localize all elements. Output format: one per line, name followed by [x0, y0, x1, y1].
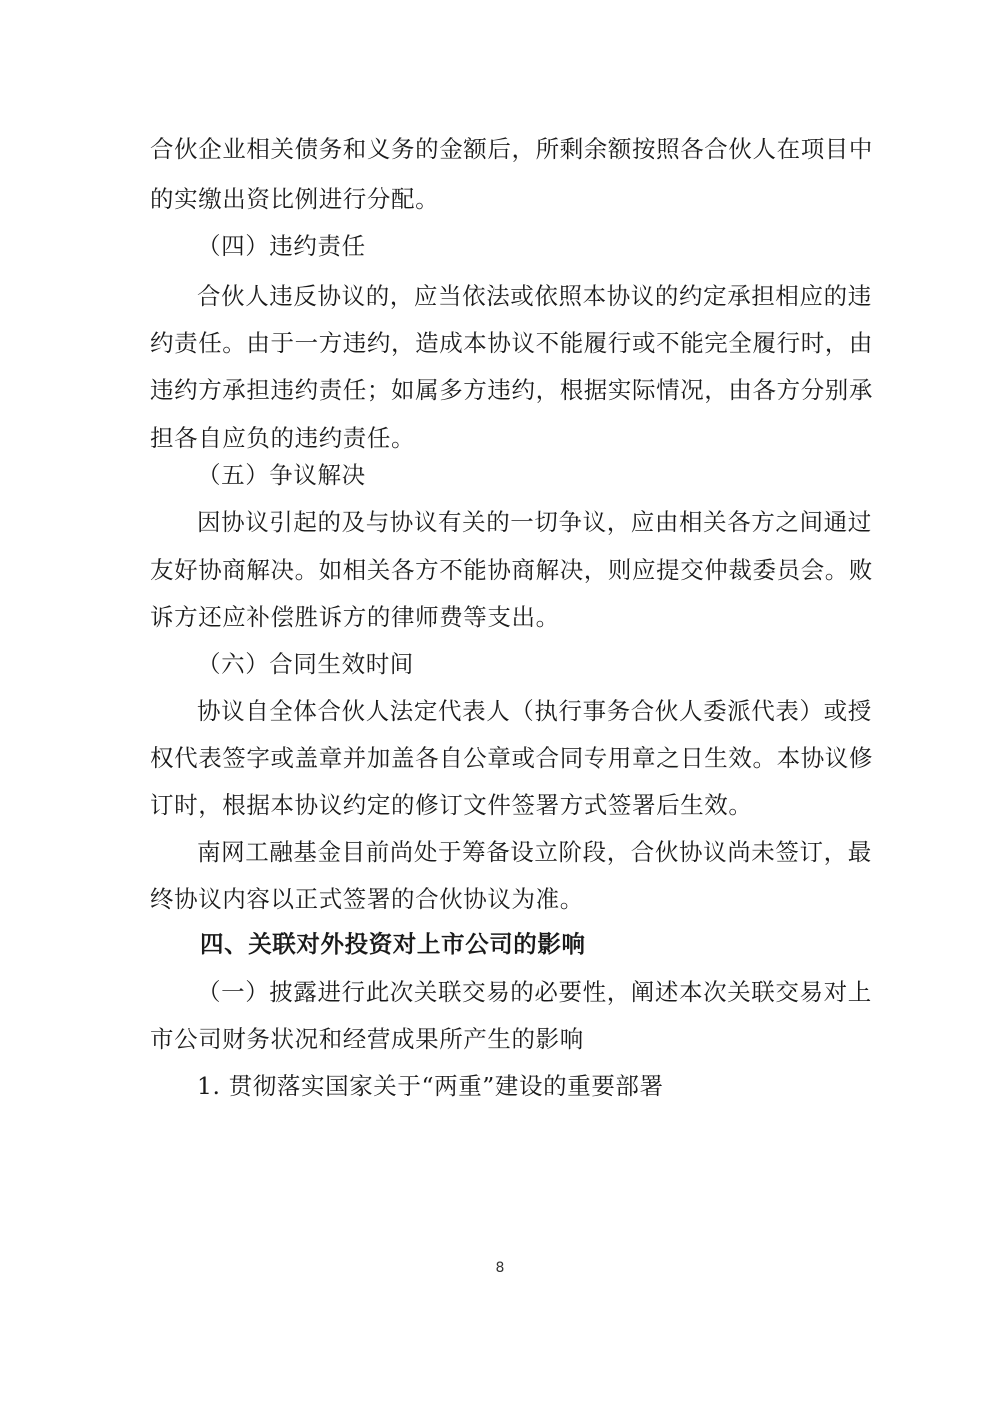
paragraph-line: 权代表签字或盖章并加盖各自公章或合同专用章之日生效。本协议修 [150, 741, 850, 775]
paragraph-line: 合伙人违反协议的，应当依法或依照本协议的约定承担相应的违 [197, 279, 897, 313]
paragraph-line: 诉方还应补偿胜诉方的律师费等支出。 [150, 600, 850, 634]
paragraph-line: 友好协商解决。如相关各方不能协商解决，则应提交仲裁委员会。败 [150, 553, 850, 587]
paragraph-line: 合伙企业相关债务和义务的金额后，所剩余额按照各合伙人在项目中 [150, 132, 850, 166]
paragraph-line: 约责任。由于一方违约，造成本协议不能履行或不能完全履行时，由 [150, 326, 850, 360]
section-heading: 四、关联对外投资对上市公司的影响 [200, 927, 900, 961]
paragraph-line: 终协议内容以正式签署的合伙协议为准。 [150, 882, 850, 916]
paragraph-line: 担各自应负的违约责任。 [150, 421, 850, 455]
page-number: 8 [0, 1260, 1000, 1276]
section-subheading: （四）违约责任 [197, 229, 897, 263]
paragraph-line: 因协议引起的及与协议有关的一切争议，应由相关各方之间通过 [197, 505, 897, 539]
paragraph-line: 市公司财务状况和经营成果所产生的影响 [150, 1022, 850, 1056]
document-page: 合伙企业相关债务和义务的金额后，所剩余额按照各合伙人在项目中 的实缴出资比例进行… [0, 0, 1000, 1414]
paragraph-line: 协议自全体合伙人法定代表人（执行事务合伙人委派代表）或授 [197, 694, 897, 728]
section-subheading: （六）合同生效时间 [197, 647, 897, 681]
paragraph-line: 违约方承担违约责任；如属多方违约，根据实际情况，由各方分别承 [150, 373, 850, 407]
paragraph-line: 的实缴出资比例进行分配。 [150, 182, 850, 216]
section-subheading: （五）争议解决 [197, 458, 897, 492]
paragraph-line: 南网工融基金目前尚处于筹备设立阶段，合伙协议尚未签订，最 [197, 835, 897, 869]
list-item-heading: 1. 贯彻落实国家关于“两重”建设的重要部署 [197, 1069, 897, 1103]
paragraph-line: 订时，根据本协议约定的修订文件签署方式签署后生效。 [150, 788, 850, 822]
section-subheading: （一）披露进行此次关联交易的必要性，阐述本次关联交易对上 [197, 975, 897, 1009]
